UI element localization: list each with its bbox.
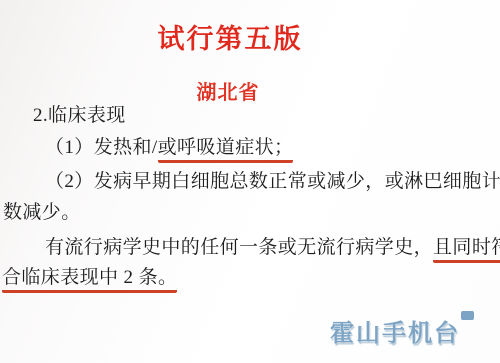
clinical-item-1-prefix: （1）发热和/	[45, 137, 158, 158]
epidemiology-paragraph-line1: 有流行病学史中的任何一条或无流行病学史，且同时符	[45, 237, 500, 260]
clinical-item-1: （1）发热和/或呼吸道症状；	[45, 137, 293, 160]
clinical-item-1-underlined: 或呼吸道症状；	[158, 137, 294, 163]
epidemiology-line1-underlined: 且同时符	[433, 237, 500, 263]
slide-photo: 试行第五版 湖北省 2.临床表现 （1）发热和/或呼吸道症状； （2）发病早期白…	[0, 0, 500, 363]
epidemiology-paragraph-line2: 合临床表现中 2 条。	[2, 267, 177, 290]
watermark-badge-icon	[461, 311, 474, 320]
watermark-text: 霍山手机台	[330, 320, 460, 347]
slide-title: 试行第五版	[0, 17, 460, 56]
clinical-item-2-line1: （2）发病早期白细胞总数正常或减少，或淋巴细胞计	[45, 171, 500, 194]
province-label: 湖北省	[0, 76, 456, 105]
epidemiology-line1-text: 有流行病学史中的任何一条或无流行病学史，	[45, 237, 433, 258]
clinical-item-2-line2: 数减少。	[3, 202, 81, 225]
section-heading: 2.临床表现	[33, 105, 126, 128]
watermark-logo: 霍山手机台	[330, 313, 474, 348]
epidemiology-line2-underlined: 合临床表现中 2 条。	[2, 267, 177, 293]
